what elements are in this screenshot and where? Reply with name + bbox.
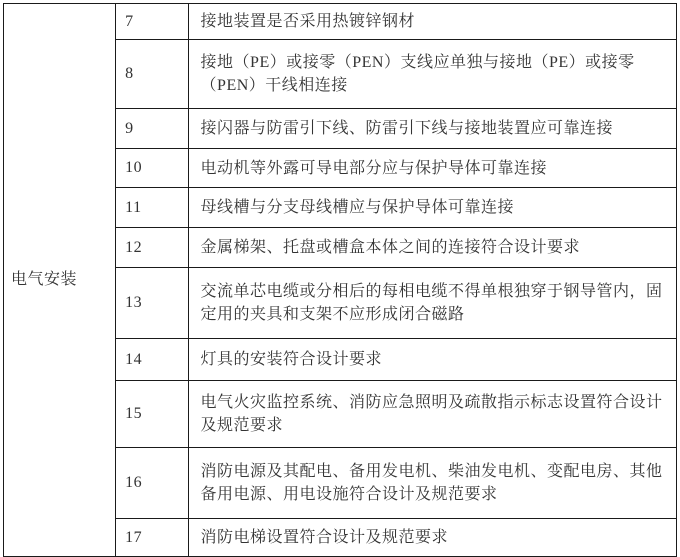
requirement-cell: 电动机等外露可导电部分应与保护导体可靠连接: [188, 149, 676, 188]
row-number-cell: 10: [116, 149, 188, 188]
requirement-cell: 接地装置是否采用热镀锌钢材: [188, 4, 676, 40]
requirement-cell: 接闪器与防雷引下线、防雷引下线与接地装置应可靠连接: [188, 109, 676, 149]
requirement-cell: 母线槽与分支母线槽应与保护导体可靠连接: [188, 188, 676, 228]
row-number-cell: 12: [116, 228, 188, 268]
row-number-cell: 7: [116, 4, 188, 40]
requirement-cell: 金属梯架、托盘或槽盒本体之间的连接符合设计要求: [188, 228, 676, 268]
requirement-cell: 交流单芯电缆或分相后的每相电缆不得单根独穿于钢导管内，固定用的夹具和支架不应形成…: [188, 268, 676, 339]
row-number-cell: 15: [116, 381, 188, 448]
requirement-cell: 灯具的安装符合设计要求: [188, 339, 676, 381]
row-number-cell: 11: [116, 188, 188, 228]
row-number-cell: 9: [116, 109, 188, 149]
row-number-cell: 16: [116, 448, 188, 504]
requirement-cell: 消防电源及其配电、备用发电机、柴油发电机、变配电房、其他备用电源、用电设施符合设…: [188, 448, 676, 504]
row-number-cell: 8: [116, 40, 188, 109]
table-row: 电气安装 7 接地装置是否采用热镀锌钢材: [4, 4, 677, 40]
row-number-cell: 14: [116, 339, 188, 381]
row-number-cell: 13: [116, 268, 188, 339]
category-cell: 电气安装: [4, 4, 116, 504]
requirement-cell: 电气火灾监控系统、消防应急照明及疏散指示标志设置符合设计及规范要求: [188, 381, 676, 448]
requirement-cell: 接地（PE）或接零（PEN）支线应单独与接地（PE）或接零（PEN）干线相连接: [188, 40, 676, 109]
inspection-checklist-table: 电气安装 7 接地装置是否采用热镀锌钢材 8 接地（PE）或接零（PEN）支线应…: [3, 3, 677, 503]
